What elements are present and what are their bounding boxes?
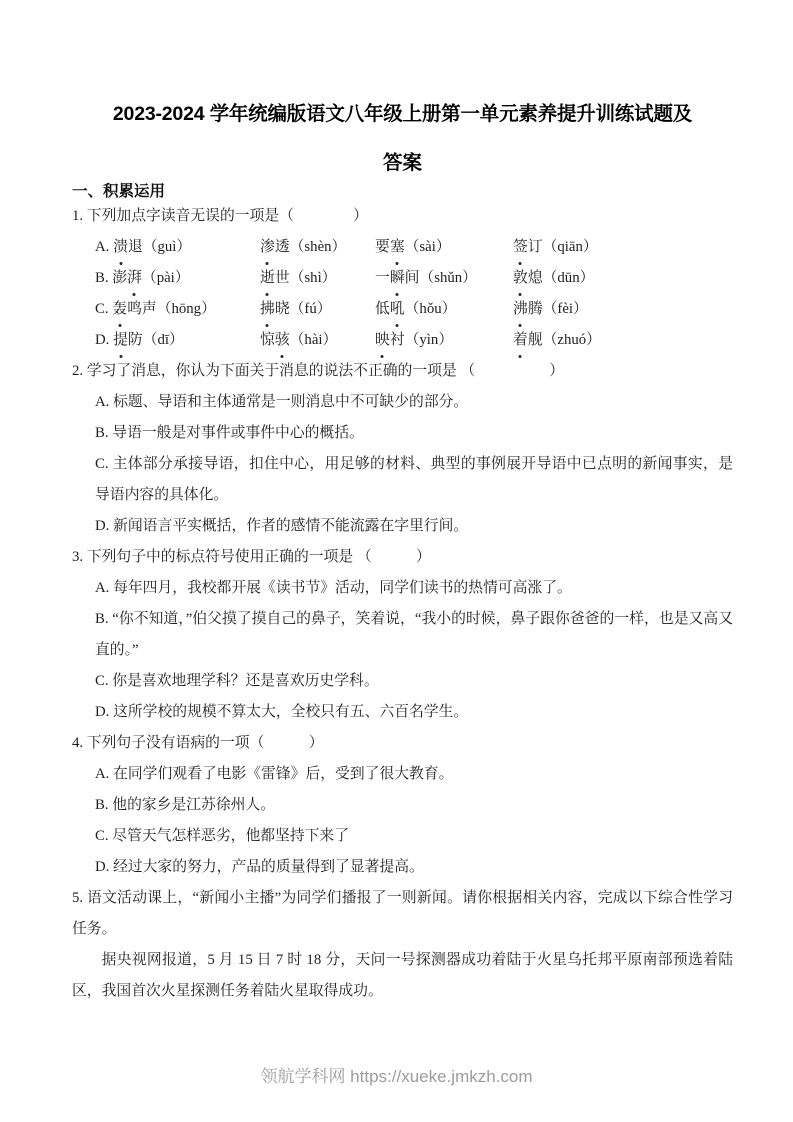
question-3-stem: 3. 下列句子中的标点符号使用正确的一项是 （ ） [72,542,733,573]
question-3-option-c: C. 你是喜欢地理学科？还是喜欢历史学科。 [95,666,733,697]
pinyin-option-cell: 敦熄（dūn） [513,263,733,294]
pinyin-option-cell: 着舰（zhuó） [513,325,733,356]
question-2-option-b: B. 导语一般是对事件或事件中心的概括。 [95,418,733,449]
question-3-option-d: D. 这所学校的规模不算太大，全校只有五、六百名学生。 [95,697,733,728]
question-4-option-a: A. 在同学们观看了电影《雷锋》后，受到了很大教育。 [95,759,733,790]
question-5-news-paragraph: 据央视网报道，5 月 15 日 7 时 18 分，天问一号探测器成功着陆于火星乌… [72,945,733,1007]
dotted-character: 骇 [275,325,290,356]
question-4-option-c: C. 尽管天气怎样恶劣，他都坚持下来了 [95,821,733,852]
question-2-option-d: D. 新闻语言平实概括，作者的感情不能流露在字里行间。 [95,511,733,542]
pinyin-option-cell: 低吼（hǒu） [375,294,513,325]
dotted-character: 渗 [260,232,275,263]
pinyin-option-cell: C. 轰鸣声（hōng） [95,294,260,325]
question-4-option-d: D. 经过大家的努力，产品的质量得到了显著提高。 [95,852,733,883]
question-2-stem: 2. 学习了消息，你认为下面关于消息的说法不正确的一项是 （ ） [72,356,733,387]
section-heading-accumulation: 一、积累运用 [72,183,733,201]
question-1-pronunciation-options: A. 溃退（guì）渗透（shèn）要塞（sài）签订（qiān）B. 澎湃（p… [95,232,733,356]
site-watermark: 领航学科网 https://xueke.jmkzh.com [0,1065,793,1089]
question-2-option-c: C. 主体部分承接导语，扣住中心，用足够的材料、典型的事例展开导语中已点明的新闻… [95,449,733,511]
dotted-character: 塞 [390,232,405,263]
pinyin-option-cell: A. 溃退（guì） [95,232,260,263]
dotted-character: 着 [513,325,528,356]
pinyin-option-cell: 要塞（sài） [375,232,513,263]
pinyin-option-cell: 惊骇（hài） [260,325,375,356]
question-3-option-a: A. 每年四月，我校都开展《读书节》活动，同学们读书的热情可高涨了。 [95,573,733,604]
question-5-stem: 5. 语文活动课上，“新闻小主播”为同学们播报了一则新闻。请你根据相关内容，完成… [72,883,733,945]
question-1-stem: 1. 下列加点字读音无误的一项是（ ） [72,201,733,232]
pinyin-option-cell: 映衬（yìn） [375,325,513,356]
dotted-character: 逝 [260,263,275,294]
page-title-line-2: 答案 [72,143,733,183]
dotted-character: 敦 [513,263,528,294]
pinyin-option-cell: 逝世（shì） [260,263,375,294]
pinyin-option-cell: D. 提防（dī） [95,325,260,356]
pinyin-option-cell: 签订（qiān） [513,232,733,263]
question-2-option-a: A. 标题、导语和主体通常是一则消息中不可缺少的部分。 [95,387,733,418]
pinyin-option-cell: 拂晓（fú） [260,294,375,325]
pinyin-option-cell: 渗透（shèn） [260,232,375,263]
pinyin-option-cell: 一瞬间（shǔn） [375,263,513,294]
dotted-character: 溃 [113,232,128,263]
exam-paper-page: 2023-2024 学年统编版语文八年级上册第一单元素养提升训练试题及 答案 一… [0,0,793,1122]
page-content: 2023-2024 学年统编版语文八年级上册第一单元素养提升训练试题及 答案 一… [0,94,793,1007]
pinyin-option-cell: 沸腾（fèi） [513,294,733,325]
pinyin-option-cell: B. 澎湃（pài） [95,263,260,294]
dotted-character: 湃 [127,263,142,294]
question-3-option-b: B. “你不知道，”伯父摸了摸自己的鼻子，笑着说，“我小的时候，鼻子跟你爸爸的一… [95,604,733,666]
question-4-stem: 4. 下列句子没有语病的一项（ ） [72,728,733,759]
dotted-character: 签 [513,232,528,263]
dotted-character: 提 [113,325,128,356]
dotted-character: 拂 [260,294,275,325]
dotted-character: 沸 [513,294,528,325]
page-title-line-1: 2023-2024 学年统编版语文八年级上册第一单元素养提升训练试题及 [72,94,733,134]
question-4-option-b: B. 他的家乡是江苏徐州人。 [95,790,733,821]
dotted-character: 映 [375,325,390,356]
dotted-character: 轰 [112,294,127,325]
dotted-character: 瞬 [390,263,405,294]
dotted-character: 吼 [390,294,405,325]
